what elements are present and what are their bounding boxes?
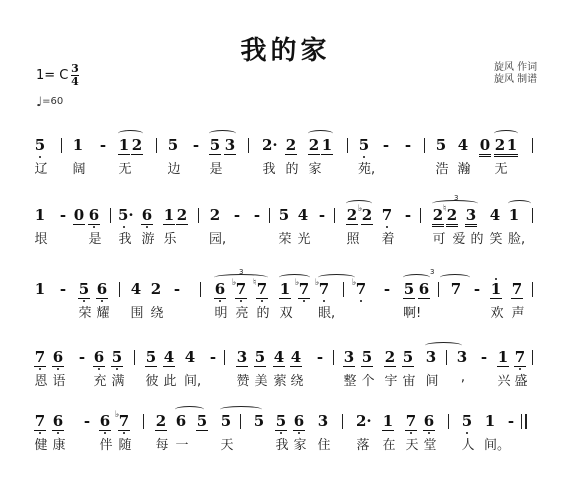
- lyric: 一: [175, 434, 189, 453]
- slur: [440, 274, 470, 281]
- note: 2♮: [446, 206, 458, 227]
- slur: [346, 200, 372, 207]
- note: 2: [494, 136, 506, 157]
- note: 7: [34, 412, 46, 431]
- tempo-marking: ♩=60: [36, 95, 63, 110]
- barline: [424, 138, 425, 153]
- note: 0: [73, 206, 85, 225]
- lyric: 宇: [384, 370, 398, 389]
- lyric: 爱: [452, 228, 466, 247]
- note: 5: [358, 136, 370, 154]
- triplet-mark: 3: [430, 268, 434, 276]
- barline: [110, 208, 111, 223]
- dash-extension: -: [478, 348, 490, 366]
- lyric: 声: [511, 302, 525, 321]
- flat-icon: ♭: [115, 410, 119, 420]
- lyric: 间: [425, 370, 439, 389]
- barline: [269, 208, 270, 223]
- lyric: 住: [317, 434, 331, 453]
- lyric: 瀚: [457, 158, 471, 177]
- note: 2♭: [361, 206, 373, 225]
- note: 5: [275, 412, 287, 431]
- lyric: 苑,: [358, 158, 372, 177]
- lyric: 盛: [514, 370, 528, 389]
- note: 2: [176, 206, 188, 225]
- note: 1: [497, 348, 509, 367]
- note: 2: [384, 348, 396, 367]
- lyric: 垠: [34, 228, 48, 247]
- lyric: 充: [93, 370, 107, 389]
- lyric: 围: [130, 302, 144, 321]
- lyric: 双: [279, 302, 293, 321]
- note: 1: [34, 280, 46, 298]
- triplet-mark: 3: [454, 194, 458, 202]
- time-signature-top: 3: [71, 64, 79, 74]
- barline: [61, 138, 62, 153]
- lyricist-credit: 旋风 作词: [494, 62, 537, 74]
- note: 2: [155, 412, 167, 431]
- barline: [143, 414, 144, 429]
- lyric: 整: [343, 370, 357, 389]
- note: 5: [111, 348, 123, 367]
- barline: [521, 414, 522, 429]
- lyric: 脸,: [508, 228, 522, 247]
- lyric: 耀: [96, 302, 110, 321]
- lyric: 的: [285, 158, 299, 177]
- lyric: 阔: [72, 158, 86, 177]
- note: 1: [490, 280, 502, 299]
- lyric: 亮: [235, 302, 249, 321]
- note: 6: [418, 280, 430, 299]
- barline: [134, 350, 135, 365]
- triplet-mark: 3: [239, 268, 243, 276]
- note: 7♭: [118, 412, 130, 431]
- note: 3: [343, 348, 355, 367]
- barline: [248, 138, 249, 153]
- barline: [200, 282, 201, 297]
- high-octave-dot: [495, 278, 497, 280]
- note: 5: [361, 348, 373, 367]
- slur: [118, 130, 143, 137]
- dash-extension: -: [471, 280, 483, 298]
- note: 7: [34, 348, 46, 367]
- note: 2: [131, 136, 143, 155]
- note: 3: [456, 348, 468, 366]
- lyric: 明: [214, 302, 228, 321]
- lyric: ,: [456, 370, 470, 385]
- lyric: 每: [155, 434, 169, 453]
- lyric: 边: [167, 158, 181, 177]
- barline: [224, 350, 225, 365]
- slur: [209, 130, 236, 137]
- credits: 旋风 作词 旋风 制谱: [494, 62, 537, 86]
- barline: [343, 282, 344, 297]
- note: 6: [93, 348, 105, 367]
- note: 6: [52, 412, 64, 431]
- note: 5: [167, 136, 179, 154]
- note: 7♭: [355, 280, 367, 298]
- slur: [279, 274, 310, 281]
- lyric: 乐: [163, 228, 177, 247]
- dash-extension: -: [57, 206, 69, 224]
- dash-extension: -: [190, 136, 202, 154]
- lyric: 可: [432, 228, 446, 247]
- lyric: 间。: [484, 434, 498, 453]
- lyric: 的: [470, 228, 484, 247]
- lyric: 此: [163, 370, 177, 389]
- note: 5·: [118, 206, 130, 224]
- barline: [420, 208, 421, 223]
- note: 5: [403, 280, 415, 299]
- note: 7: [450, 280, 462, 298]
- note: 1: [118, 136, 130, 155]
- note: 7: [405, 412, 417, 431]
- lyric: 浩: [435, 158, 449, 177]
- low-octave-dot: [303, 300, 305, 302]
- note: 1: [506, 136, 518, 157]
- barline: [119, 282, 120, 297]
- dash-extension: -: [505, 412, 517, 430]
- note: 7: [514, 348, 526, 367]
- note: 5: [254, 348, 266, 367]
- lyric: 无: [118, 158, 132, 177]
- note: 6: [99, 412, 111, 431]
- barline: [532, 208, 533, 223]
- note: 7: [511, 280, 523, 299]
- note: 4: [457, 136, 469, 154]
- note: 4: [130, 280, 142, 298]
- note: 4: [163, 348, 175, 367]
- lyric: 康: [52, 434, 66, 453]
- lyric: 个: [361, 370, 375, 389]
- lyric: 是: [209, 158, 223, 177]
- slur: [508, 200, 531, 207]
- lyric: 宙: [402, 370, 416, 389]
- note: 3: [236, 348, 248, 367]
- dash-extension: -: [251, 206, 263, 224]
- dash-extension: -: [207, 348, 219, 366]
- dash-extension: -: [57, 280, 69, 298]
- final-barline: [525, 414, 527, 429]
- dash-extension: -: [171, 280, 183, 298]
- lyric: 我: [275, 434, 289, 453]
- lyric: 彼: [145, 370, 159, 389]
- dash-extension: -: [381, 280, 393, 298]
- slur: [318, 274, 355, 281]
- score-row: 1-065·6122--54-22♭7-22♮3413垠是我游乐园,荣光照着可爱…: [0, 206, 571, 266]
- note: 2: [346, 206, 358, 225]
- note: 1: [72, 136, 84, 154]
- barline: [347, 138, 348, 153]
- note: 4: [489, 206, 501, 224]
- note: 4: [290, 348, 302, 367]
- lyric: 堂: [423, 434, 437, 453]
- slur: [494, 130, 518, 137]
- dash-extension: -: [380, 136, 392, 154]
- lyric: 荣: [278, 228, 292, 247]
- note: 4: [184, 348, 196, 366]
- note: 5: [220, 412, 232, 430]
- note: 1: [321, 136, 333, 155]
- score-row: 76-65544-3544-352533-17恩语充满彼此间,赞美萦绕整个宇宙间…: [0, 348, 571, 408]
- barline: [342, 414, 343, 429]
- note: 6: [141, 206, 153, 225]
- lyric: 语: [52, 370, 66, 389]
- barline: [532, 138, 533, 153]
- note: 5: [402, 348, 414, 367]
- note: 6: [175, 412, 187, 430]
- dash-extension: -: [314, 348, 326, 366]
- dash-extension: -: [97, 136, 109, 154]
- lyric: 园,: [209, 228, 223, 247]
- note: 5: [145, 348, 157, 367]
- note: 3: [465, 206, 477, 227]
- lyric: 萦: [273, 370, 287, 389]
- lyric: 兴: [497, 370, 511, 389]
- lyric: 家: [293, 434, 307, 453]
- note: 7♭: [235, 280, 247, 299]
- note: 2·: [262, 136, 274, 154]
- dash-extension: -: [402, 206, 414, 224]
- lyric: 游: [141, 228, 155, 247]
- low-octave-dot: [360, 300, 362, 302]
- lyric: 赞: [236, 370, 250, 389]
- note: 6: [293, 412, 305, 431]
- note: 1: [382, 412, 394, 431]
- note: 3: [425, 348, 437, 366]
- slur: [403, 274, 430, 281]
- note: 2: [150, 280, 162, 298]
- barline: [198, 208, 199, 223]
- lyric: 的: [256, 302, 270, 321]
- barline: [448, 414, 449, 429]
- barline: [240, 414, 241, 429]
- slur: [175, 406, 204, 413]
- score-row: 76-67♭265555632·17651-健康伴随每一天我家住落在天堂人间。: [0, 412, 571, 472]
- note: 7♭: [298, 280, 310, 299]
- note: 5: [461, 412, 473, 430]
- note: 4: [297, 206, 309, 224]
- tempo-value: =60: [42, 96, 63, 107]
- lyric: 眼,: [318, 302, 332, 321]
- lyric: 落: [356, 434, 370, 453]
- lyric: 美: [254, 370, 268, 389]
- note: 1: [508, 206, 520, 224]
- note: 3: [317, 412, 329, 430]
- lyric: 在: [382, 434, 396, 453]
- lyric: 天: [220, 434, 234, 453]
- note: 6: [96, 280, 108, 299]
- lyric: 健: [34, 434, 48, 453]
- lyric: 绕: [150, 302, 164, 321]
- note: 7♭: [318, 280, 330, 298]
- note: 2: [308, 136, 320, 155]
- note: 6: [423, 412, 435, 431]
- lyric: 啊!: [403, 302, 417, 321]
- lyric: 恩: [34, 370, 48, 389]
- note: 5: [34, 136, 46, 154]
- time-signature-bottom: 4: [71, 77, 79, 87]
- lyric: 满: [111, 370, 125, 389]
- note: 1: [163, 206, 175, 225]
- slur: [220, 406, 262, 413]
- barline: [156, 138, 157, 153]
- lyric: 人: [461, 434, 475, 453]
- lyric: 辽: [34, 158, 48, 177]
- note: 6: [214, 280, 226, 299]
- note: 5: [196, 412, 208, 431]
- note: 5: [253, 412, 265, 430]
- note: 3: [224, 136, 236, 155]
- dash-extension: -: [402, 136, 414, 154]
- barline: [438, 282, 439, 297]
- lyric: 随: [118, 434, 132, 453]
- barline: [334, 208, 335, 223]
- lyric: 笑: [489, 228, 503, 247]
- note: 7: [381, 206, 393, 224]
- lyric: 是: [88, 228, 102, 247]
- note: 2·: [356, 412, 368, 430]
- lyric: 伴: [99, 434, 113, 453]
- barline: [532, 282, 533, 297]
- note: 6: [52, 348, 64, 367]
- note: 2: [285, 136, 297, 155]
- lyric: 光: [297, 228, 311, 247]
- lyric: 无: [494, 158, 508, 177]
- lyric: 荣: [78, 302, 92, 321]
- lyric: 我: [262, 158, 276, 177]
- note: 7♮: [256, 280, 268, 299]
- note: 5: [435, 136, 447, 154]
- slur: [308, 130, 333, 137]
- song-title: 我的家: [0, 30, 571, 67]
- note: 6: [88, 206, 100, 225]
- barline: [333, 350, 334, 365]
- dash-extension: -: [316, 206, 328, 224]
- time-signature: 3 4: [71, 64, 79, 87]
- barline: [446, 350, 447, 365]
- lyric: 天: [405, 434, 419, 453]
- arranger-credit: 旋风 制谱: [494, 74, 537, 86]
- dash-extension: -: [76, 348, 88, 366]
- lyric: 绕: [290, 370, 304, 389]
- note: 5: [209, 136, 221, 155]
- lyric: 我: [118, 228, 132, 247]
- lyric: 照: [346, 228, 360, 247]
- lyric: 着: [381, 228, 395, 247]
- note: 4: [273, 348, 285, 367]
- key-signature: 1= C: [36, 68, 68, 83]
- slur: [425, 342, 462, 349]
- score-row: 1-5642-67♭7♮17♭7♭7♭-567-1733荣耀围绕明亮的双眼,啊!…: [0, 280, 571, 340]
- lyric: 家: [308, 158, 322, 177]
- barline: [532, 350, 533, 365]
- note: 5: [78, 280, 90, 299]
- note: 0: [479, 136, 491, 157]
- note: 1: [484, 412, 496, 430]
- note: 1: [279, 280, 291, 299]
- lyric: 欢: [490, 302, 504, 321]
- dash-extension: -: [231, 206, 243, 224]
- note: 5: [278, 206, 290, 224]
- note: 2: [209, 206, 221, 224]
- dash-extension: -: [81, 412, 93, 430]
- lyric: 间,: [184, 370, 198, 389]
- score-row: 51-125-532·2215--54021辽阔无边是我的家苑,浩瀚无: [0, 136, 571, 196]
- note: 1: [34, 206, 46, 224]
